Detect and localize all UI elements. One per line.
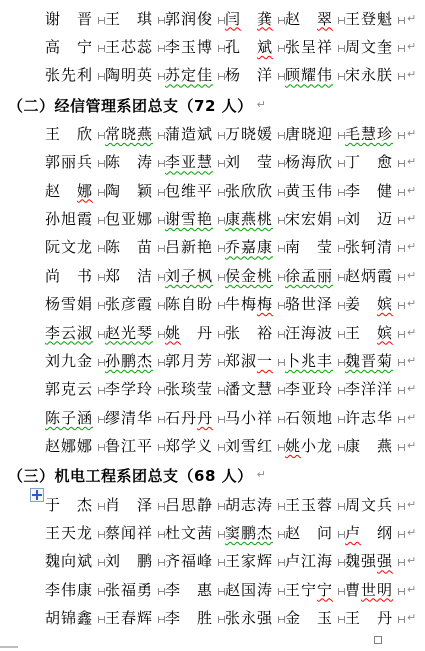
name-cell: 缪清华: [105, 411, 165, 426]
line-break-mark-icon: ↵: [407, 13, 416, 24]
name-cell: 王 琪: [105, 12, 165, 27]
end-of-cell-mark-icon: [338, 616, 345, 623]
name-cell: 郭润俊: [165, 12, 225, 27]
student-name: 包维平: [165, 184, 213, 199]
name-row: 高 宁王芯蕊李玉博孔 斌张呈祥周文奎↵: [0, 33, 425, 61]
name-text: 吕思静: [165, 496, 213, 514]
name-text: 郭丽兵: [45, 153, 93, 171]
name-text: 张欣欣: [225, 182, 273, 200]
student-name: 汪海波: [285, 326, 333, 341]
name-cell: 李洋洋: [345, 382, 405, 397]
student-name: 姚小龙: [285, 439, 333, 454]
name-cell: 黄玉伟: [285, 184, 345, 199]
student-name: 赵光琴: [105, 326, 153, 341]
section-heading: （三）机电工程系团总支（68 人）↵: [0, 461, 425, 491]
name-cell: 孙旭霞: [45, 212, 105, 227]
name-row: 李伟康张福勇李 惠赵国涛王宁宁曹世明↵: [0, 576, 425, 604]
spellcheck-underlined-text: 宁: [317, 581, 333, 599]
end-of-cell-mark-icon: [338, 302, 345, 309]
student-name: 李 胜: [165, 611, 213, 626]
name-text: 张轲清: [345, 238, 393, 256]
name-text: 王 琪: [105, 10, 153, 28]
name-cell: 赵光琴: [105, 326, 165, 341]
name-cell: 乔嘉康: [225, 240, 285, 255]
name-text: 康 燕: [345, 437, 393, 455]
name-row: 于 杰肖 泽吕思静胡志涛王玉蓉周文兵↵: [0, 491, 425, 519]
end-of-cell-mark-icon: [218, 444, 225, 451]
student-name: 宋宏娟: [285, 212, 333, 227]
name-text: 陶 颖: [105, 182, 153, 200]
student-name: 王登魁: [345, 12, 393, 27]
student-name: 陶 颖: [105, 184, 153, 199]
student-name: 郑 洁: [105, 269, 153, 284]
name-text: 赵 问: [285, 524, 333, 542]
end-of-cell-mark-icon: [278, 444, 285, 451]
student-name: 孙鹏杰: [105, 354, 153, 369]
end-of-cell-mark-icon: [398, 387, 405, 394]
end-of-cell-mark-icon: [338, 217, 345, 224]
student-name: 丁 愈: [345, 155, 393, 170]
end-of-cell-mark-icon: [398, 531, 405, 538]
student-name: 乔嘉康: [225, 240, 273, 255]
name-text: 马小祥: [225, 409, 273, 427]
spellcheck-underlined-text: 嫔: [377, 295, 393, 313]
name-text: 刘 迈: [345, 210, 393, 228]
name-text: 杨 洋: [225, 66, 273, 84]
student-name: 王家辉: [225, 554, 273, 569]
end-of-cell-mark-icon: [98, 331, 105, 338]
end-of-cell-mark-icon: [158, 616, 165, 623]
name-text: 高 宁: [45, 38, 93, 56]
end-of-cell-mark-icon: [278, 245, 285, 252]
name-cell: 石丹丹: [165, 411, 225, 426]
student-name: 蔡闻祥: [105, 526, 153, 541]
name-cell: 许志华: [345, 411, 405, 426]
name-cell: 赵 翠: [285, 12, 345, 27]
name-text: 刘九金: [45, 352, 93, 370]
name-cell: 李亚玲: [285, 382, 345, 397]
student-name: 王玉蓉: [285, 498, 333, 513]
name-cell: 陈自盼: [165, 297, 225, 312]
end-of-cell-mark-icon: [398, 189, 405, 196]
end-of-cell-mark-icon: [218, 616, 225, 623]
four-arrow-cross-icon: [32, 490, 42, 500]
student-name: 卢 纲: [345, 526, 393, 541]
name-cell: 赵炳霞: [345, 269, 405, 284]
name-cell: 郑淑一: [225, 354, 285, 369]
name-cell: 杨海欣: [285, 155, 345, 170]
spellcheck-underlined-text: 梅: [257, 295, 273, 313]
name-text: 陶明英: [105, 66, 153, 84]
end-of-cell-mark-icon: [398, 17, 405, 24]
line-break-mark-icon: ↵: [407, 185, 416, 196]
name-text: 赵国涛: [225, 581, 273, 599]
student-name: 赵炳霞: [345, 269, 393, 284]
name-cell: 吕新艳: [165, 240, 225, 255]
name-text: 包维平: [165, 182, 213, 200]
end-of-cell-mark-icon: [158, 245, 165, 252]
section-heading-text: （二）经信管理系团总支（72 人）: [8, 95, 253, 116]
student-name: 唐晓迎: [285, 127, 333, 142]
name-row: 胡锦鑫王春辉李 胜张永强金 玉王 丹↵: [0, 604, 425, 632]
table-move-handle-icon[interactable]: [30, 488, 44, 502]
name-text: 赵: [45, 182, 77, 200]
name-cell: 魏晋菊: [345, 354, 405, 369]
name-cell: 胡锦鑫: [45, 611, 105, 626]
name-cell: 窦鹏杰: [225, 526, 285, 541]
name-text: 万晓媛: [225, 125, 273, 143]
end-of-cell-mark-icon: [158, 302, 165, 309]
name-cell: 李 健: [345, 184, 405, 199]
student-name: 陶明英: [105, 68, 153, 83]
paragraph-mark-icon: ↵: [257, 99, 267, 110]
name-cell: 郭克云: [45, 382, 105, 397]
end-of-cell-mark-icon: [398, 444, 405, 451]
name-text: 曹: [345, 581, 361, 599]
name-cell: 王家辉: [225, 554, 285, 569]
student-name: 张呈祥: [285, 40, 333, 55]
grammar-underlined-text: 谢雪艳: [165, 210, 213, 228]
student-name: 卜兆丰: [285, 354, 333, 369]
name-cell: 于 杰: [45, 498, 105, 513]
end-of-cell-mark-icon: [218, 73, 225, 80]
end-of-cell-mark-icon: [158, 331, 165, 338]
name-text: 丹: [181, 324, 213, 342]
grammar-underlined-text: 侯金桃: [225, 267, 273, 285]
end-of-cell-mark-icon: [398, 359, 405, 366]
student-name: 郭月芳: [165, 354, 213, 369]
end-of-cell-mark-icon: [338, 17, 345, 24]
line-break-mark-icon: ↵: [407, 440, 416, 451]
end-of-cell-mark-icon: [278, 616, 285, 623]
name-text: 王芯蕊: [105, 38, 153, 56]
end-of-cell-mark-icon: [398, 217, 405, 224]
spellcheck-underlined-text: 闫: [225, 10, 241, 28]
name-cell: 周文兵: [345, 498, 405, 513]
name-cell: 赵 娜: [45, 184, 105, 199]
name-row: 阮文龙陈 苗吕新艳乔嘉康南 莹张轲清↵: [0, 234, 425, 262]
grammar-underlined-text: 李云淑: [45, 324, 93, 342]
end-of-cell-mark-icon: [338, 444, 345, 451]
student-name: 胡锦鑫: [45, 611, 93, 626]
end-of-cell-mark-icon: [218, 17, 225, 24]
name-text: 黄玉伟: [285, 182, 333, 200]
grammar-underlined-text: 卜兆丰: [285, 352, 333, 370]
student-name: 吕新艳: [165, 240, 213, 255]
student-name: 闫 龚: [225, 12, 273, 27]
grammar-underlined-text: 常晓燕: [105, 125, 153, 143]
name-text: 郑学义: [165, 437, 213, 455]
end-of-cell-mark-icon: [398, 559, 405, 566]
name-text: 赵: [285, 10, 317, 28]
student-name: 卢江海: [285, 554, 333, 569]
student-name: 陈 苗: [105, 240, 153, 255]
name-text: 胡志涛: [225, 496, 273, 514]
end-of-cell-mark-icon: [218, 416, 225, 423]
end-of-cell-mark-icon: [98, 531, 105, 538]
name-cell: 王春辉: [105, 611, 165, 626]
name-cell: 王登魁: [345, 12, 405, 27]
end-of-cell-mark-icon: [338, 132, 345, 139]
name-cell: 常晓燕: [105, 127, 165, 142]
name-cell: 李玉博: [165, 40, 225, 55]
name-text: 王 欣: [45, 125, 93, 143]
end-of-cell-mark-icon: [218, 359, 225, 366]
name-text: 丁 愈: [345, 153, 393, 171]
name-row: 赵 娜陶 颖包维平张欣欣黄玉伟李 健↵: [0, 177, 425, 205]
student-name: 王 欣: [45, 127, 93, 142]
student-name: 杨 洋: [225, 68, 273, 83]
name-text: 李学玲: [105, 380, 153, 398]
name-text: 杨海欣: [285, 153, 333, 171]
end-of-cell-mark-icon: [278, 588, 285, 595]
end-of-cell-mark-icon: [158, 503, 165, 510]
name-text: 郭润俊: [165, 10, 213, 28]
end-of-cell-mark-icon: [338, 45, 345, 52]
end-of-cell-mark-icon: [398, 245, 405, 252]
end-of-cell-mark-icon: [158, 274, 165, 281]
name-text: 张琰莹: [165, 380, 213, 398]
name-cell: 包维平: [165, 184, 225, 199]
name-text: 王宁: [285, 581, 317, 599]
name-text: 谢 晋: [45, 10, 93, 28]
student-name: 康 燕: [345, 439, 393, 454]
name-text: 肖 泽: [105, 496, 153, 514]
end-of-cell-mark-icon: [98, 189, 105, 196]
student-name: 郭克云: [45, 382, 93, 397]
name-cell: 胡志涛: [225, 498, 285, 513]
student-name: 侯金桃: [225, 269, 273, 284]
name-text: 郑淑: [225, 352, 257, 370]
student-name: 牛梅梅: [225, 297, 273, 312]
name-cell: 郑学义: [165, 439, 225, 454]
student-name: 王春辉: [105, 611, 153, 626]
name-text: 宋永朕: [345, 66, 393, 84]
name-text: 赵炳霞: [345, 267, 393, 285]
student-name: 缪清华: [105, 411, 153, 426]
end-of-cell-mark-icon: [338, 531, 345, 538]
name-text: 于 杰: [45, 496, 93, 514]
student-name: 李 惠: [165, 583, 213, 598]
end-of-cell-mark-icon: [338, 416, 345, 423]
student-name: 王 琪: [105, 12, 153, 27]
end-of-cell-mark-icon: [218, 387, 225, 394]
name-cell: 谢 晋: [45, 12, 105, 27]
name-cell: 阮文龙: [45, 240, 105, 255]
name-cell: 张琰莹: [165, 382, 225, 397]
name-text: 潘文慧: [225, 380, 273, 398]
student-name: 刘雪红: [225, 439, 273, 454]
student-name: 王 嫔: [345, 326, 393, 341]
name-cell: 闫 龚: [225, 12, 285, 27]
name-cell: 蒲造斌: [165, 127, 225, 142]
name-text: 纲: [361, 524, 393, 542]
end-of-cell-mark-icon: [218, 559, 225, 566]
end-of-cell-mark-icon: [158, 531, 165, 538]
spellcheck-underlined-text: 卢: [345, 524, 361, 542]
name-text: 蒲造斌: [165, 125, 213, 143]
name-text: 王: [345, 324, 377, 342]
student-name: 蒲造斌: [165, 127, 213, 142]
end-of-cell-mark-icon: [158, 17, 165, 24]
end-of-cell-mark-icon: [218, 132, 225, 139]
spellcheck-underlined-text: 姚: [165, 324, 181, 342]
end-of-cell-mark-icon: [98, 45, 105, 52]
end-of-cell-mark-icon: [98, 559, 105, 566]
end-of-cell-mark-icon: [98, 73, 105, 80]
end-of-cell-mark-icon: [338, 189, 345, 196]
line-break-mark-icon: ↵: [407, 69, 416, 80]
student-name: 鲁江平: [105, 439, 153, 454]
end-of-cell-mark-icon: [398, 503, 405, 510]
line-break-mark-icon: ↵: [407, 270, 416, 281]
document-page: 谢 晋王 琪郭润俊闫 龚赵 翠王登魁↵高 宁王芯蕊李玉博孔 斌张呈祥周文奎↵张先…: [0, 0, 425, 651]
end-of-cell-mark-icon: [278, 217, 285, 224]
end-of-cell-mark-icon: [158, 160, 165, 167]
name-text: 郭月芳: [165, 352, 213, 370]
student-name: 刘 鹏: [105, 554, 153, 569]
name-cell: 张轲清: [345, 240, 405, 255]
grammar-underlined-text: 乔嘉康: [225, 238, 273, 256]
name-text: 张福勇: [105, 581, 153, 599]
spellcheck-underlined-text: 丹: [197, 409, 213, 427]
name-cell: 侯金桃: [225, 269, 285, 284]
name-cell: 王 欣: [45, 127, 105, 142]
name-cell: 赵国涛: [225, 583, 285, 598]
line-break-mark-icon: ↵: [407, 383, 416, 394]
end-of-cell-mark-icon: [398, 132, 405, 139]
spellcheck-underlined-text: 翠: [317, 10, 333, 28]
name-text: 张彦霞: [105, 295, 153, 313]
name-cell: 杨雪娟: [45, 297, 105, 312]
page-edge-line: [0, 646, 18, 648]
student-name: 金 玉: [285, 611, 333, 626]
end-of-cell-mark-icon: [398, 45, 405, 52]
name-cell: 卜兆丰: [285, 354, 345, 369]
student-name: 尚 书: [45, 269, 93, 284]
name-row: 赵娜娜鲁江平郑学义刘雪红姚小龙康 燕↵: [0, 432, 425, 460]
name-cell: 肖 泽: [105, 498, 165, 513]
name-cell: 宋宏娟: [285, 212, 345, 227]
name-text: 赵娜娜: [45, 437, 93, 455]
end-of-cell-mark-icon: [398, 588, 405, 595]
end-of-cell-mark-icon: [98, 274, 105, 281]
end-of-cell-mark-icon: [218, 531, 225, 538]
name-cell: 赵娜娜: [45, 439, 105, 454]
end-of-cell-mark-icon: [398, 73, 405, 80]
name-text: 宋宏娟: [285, 210, 333, 228]
end-of-cell-mark-icon: [398, 274, 405, 281]
name-text: 陈 涛: [105, 153, 153, 171]
end-of-cell-mark-icon: [158, 359, 165, 366]
end-of-cell-mark-icon: [338, 73, 345, 80]
name-cell: 郭月芳: [165, 354, 225, 369]
end-of-cell-mark-icon: [338, 387, 345, 394]
name-text: 王玉蓉: [285, 496, 333, 514]
name-text: 吕新艳: [165, 238, 213, 256]
end-of-cell-mark-icon: [158, 588, 165, 595]
name-cell: 刘 鹏: [105, 554, 165, 569]
student-name: 石领地: [285, 411, 333, 426]
name-text: 魏强: [345, 552, 377, 570]
student-name: 张永强: [225, 611, 273, 626]
student-name: 窦鹏杰: [225, 526, 273, 541]
name-cell: 马小祥: [225, 411, 285, 426]
name-text: 尚 书: [45, 267, 93, 285]
spellcheck-underlined-text: 龚: [257, 10, 273, 28]
end-of-cell-mark-icon: [218, 302, 225, 309]
student-name: 张 裕: [225, 326, 273, 341]
spellcheck-underlined-text: 娜: [77, 182, 93, 200]
name-text: 孙旭霞: [45, 210, 93, 228]
end-of-cell-mark-icon: [278, 416, 285, 423]
line-break-mark-icon: ↵: [407, 612, 416, 623]
name-text: 刘雪红: [225, 437, 273, 455]
name-cell: 张福勇: [105, 583, 165, 598]
end-of-cell-mark-icon: [338, 359, 345, 366]
end-of-cell-mark-icon: [158, 132, 165, 139]
name-text: 周文奎: [345, 38, 393, 56]
name-text: 李 惠: [165, 581, 213, 599]
end-of-cell-mark-icon: [158, 387, 165, 394]
end-of-cell-mark-icon: [98, 359, 105, 366]
end-of-cell-mark-icon: [338, 331, 345, 338]
student-name: 李伟康: [45, 583, 93, 598]
student-name: 张轲清: [345, 240, 393, 255]
student-name: 李亚玲: [285, 382, 333, 397]
student-name: 刘子枫: [165, 269, 213, 284]
name-text: 蔡闻祥: [105, 524, 153, 542]
student-name: 张欣欣: [225, 184, 273, 199]
name-text: 李亚玲: [285, 380, 333, 398]
end-of-cell-mark-icon: [278, 189, 285, 196]
student-name: 张琰莹: [165, 382, 213, 397]
name-cell: 齐福峰: [165, 554, 225, 569]
name-row: 陈子涵缪清华石丹丹马小祥石领地许志华↵: [0, 404, 425, 432]
name-text: 魏向斌: [45, 552, 93, 570]
name-row: 郭丽兵陈 涛李亚慧刘 莹杨海欣丁 愈↵: [0, 149, 425, 177]
student-name: 赵 娜: [45, 184, 93, 199]
student-name: 苏定佳: [165, 68, 213, 83]
student-name: 王天龙: [45, 526, 93, 541]
name-text: 姜: [345, 295, 377, 313]
student-name: 刘九金: [45, 354, 93, 369]
student-name: 张福勇: [105, 583, 153, 598]
name-cell: 王芯蕊: [105, 40, 165, 55]
name-cell: 张呈祥: [285, 40, 345, 55]
name-row: 王天龙蔡闻祥杜文茜窦鹏杰赵 问卢 纲↵: [0, 519, 425, 547]
end-of-cell-mark-icon: [338, 503, 345, 510]
end-of-cell-mark-icon: [278, 132, 285, 139]
grammar-underlined-text: 徐孟丽: [285, 267, 333, 285]
student-name: 刘 迈: [345, 212, 393, 227]
name-text: 南 莹: [285, 238, 333, 256]
student-name: 赵 翠: [285, 12, 333, 27]
table-resize-handle-icon[interactable]: [374, 636, 382, 644]
name-cell: 李 胜: [165, 611, 225, 626]
student-name: 康燕桃: [225, 212, 273, 227]
line-break-mark-icon: ↵: [407, 128, 416, 139]
name-cell: 张永强: [225, 611, 285, 626]
section-heading: （二）经信管理系团总支（72 人）↵: [0, 90, 425, 120]
end-of-cell-mark-icon: [98, 245, 105, 252]
grammar-underlined-text: 刘子枫: [165, 267, 213, 285]
name-text: 牛梅: [225, 295, 257, 313]
end-of-cell-mark-icon: [278, 45, 285, 52]
line-break-mark-icon: ↵: [407, 555, 416, 566]
name-cell: 王天龙: [45, 526, 105, 541]
name-cell: 魏向斌: [45, 554, 105, 569]
